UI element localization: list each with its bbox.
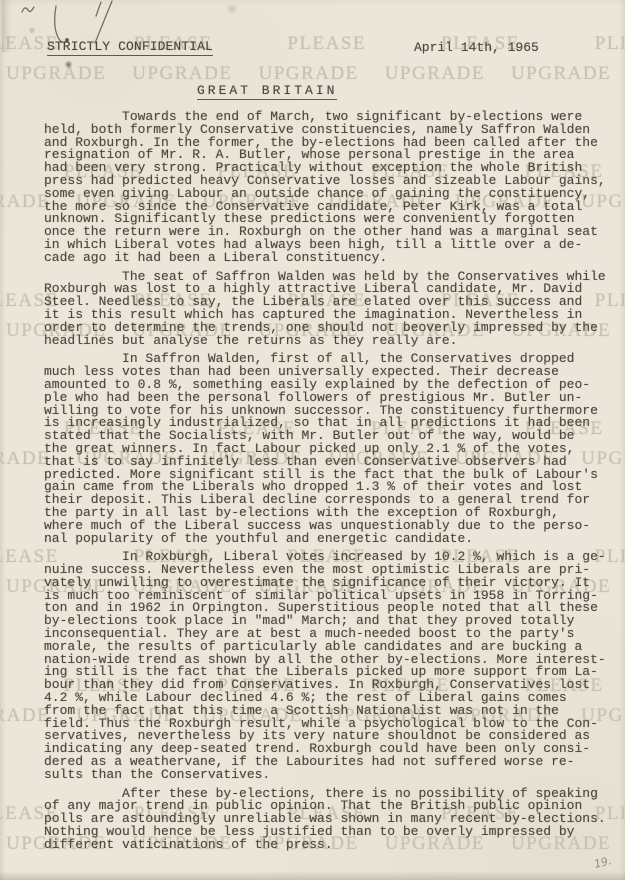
watermark-row: UPGRADEUPGRADEUPGRADEUPGRADEUPGRADEUPGRA… — [6, 64, 625, 83]
confidential-heading: STRICTLY CONFIDENTIAL — [47, 39, 213, 56]
paragraph: Towards the end of March, two significan… — [44, 111, 619, 265]
paragraph: After these by-elections, there is no po… — [44, 788, 619, 852]
document-page: PLEASEPLEASEPLEASEPLEASEPLEASEPLEASEUPGR… — [0, 0, 625, 880]
watermark-word: UPGRADE — [258, 64, 358, 83]
watermark-word: UPGRADE — [132, 64, 232, 83]
paragraph: In Roxburgh, Liberal votes increased by … — [44, 551, 619, 781]
watermark-word: UPGRADE — [511, 64, 611, 83]
document-body: Towards the end of March, two significan… — [44, 111, 619, 858]
document-date: April 14th, 1965 — [414, 40, 539, 55]
watermark-word: UPGRADE — [385, 64, 485, 83]
watermark-word: PLEASE — [287, 34, 366, 53]
paragraph: The seat of Saffron Walden was held by t… — [44, 271, 619, 348]
paragraph: In Saffron Walden, first of all, the Con… — [44, 353, 619, 545]
watermark-word: UPGRADE — [0, 192, 50, 211]
watermark-word: UPGRADE — [6, 64, 106, 83]
watermark-word: UPGRADE — [0, 706, 50, 725]
page-title: GREAT BRITAIN — [197, 83, 337, 100]
watermark-word: PLEASE — [595, 34, 625, 53]
watermark-word: UPGRADE — [0, 449, 50, 468]
